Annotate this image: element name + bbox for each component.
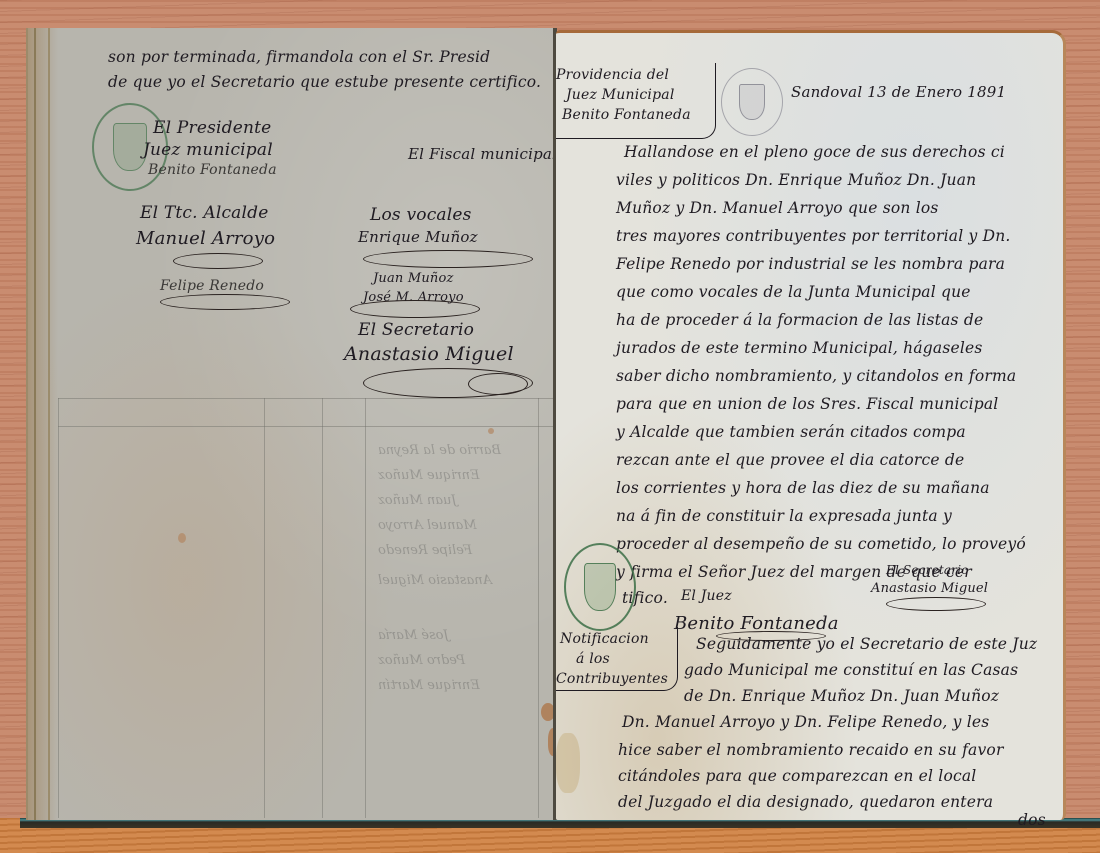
bleed-through-text: Enrique Muñoz (378, 468, 480, 483)
signature-flourish (886, 597, 986, 611)
bleed-through-text: José María (378, 628, 449, 643)
coat-of-arms-icon (739, 84, 765, 120)
body-line: Hallandose en el pleno goce de sus derec… (624, 143, 1005, 161)
bleed-through-text: Barrio de la Reyna (378, 443, 501, 458)
body-line: ha de proceder á la formacion de las lis… (616, 311, 983, 329)
table-rule (58, 398, 553, 399)
body-line: del Juzgado el dia designado, quedaron e… (618, 793, 993, 811)
body-line: Seguidamente yo el Secretario de este Ju… (696, 635, 1037, 653)
margin-bracket (556, 63, 716, 139)
coat-of-arms-icon (584, 563, 615, 610)
right-page: Providencia del Juez Municipal Benito Fo… (556, 30, 1066, 820)
table-rule (538, 398, 539, 818)
margin-bracket (556, 627, 678, 691)
signature-flourish (468, 373, 528, 395)
bleed-through-text: Manuel Arroyo (378, 518, 477, 533)
vocal-signature: Juan Muñoz (373, 271, 454, 286)
closing-line: son por terminada, firmandola con el Sr.… (108, 48, 490, 66)
body-line: para que en union de los Sres. Fiscal mu… (616, 395, 998, 413)
secretario-signature: Anastasio Miguel (344, 343, 514, 365)
signature-flourish (350, 300, 480, 318)
rust-stain (178, 533, 186, 543)
presidente-role: Juez municipal (143, 140, 273, 160)
secretario-title: El Secretario (886, 563, 969, 577)
date-line: Sandoval 13 de Enero 1891 (791, 83, 1006, 101)
bleed-through-text: Anastasio Miguel (378, 573, 492, 588)
coat-of-arms-icon (113, 123, 146, 170)
body-line: saber dicho nombramiento, y citandolos e… (616, 367, 1016, 385)
body-line: citándoles para que comparezcan en el lo… (618, 767, 976, 785)
alcalde-title: El Ttc. Alcalde (140, 203, 269, 223)
table-rule (58, 426, 553, 427)
body-line: viles y politicos Dn. Enrique Muñoz Dn. … (616, 171, 976, 189)
closing-line: de que yo el Secretario que estube prese… (108, 73, 541, 91)
body-line: de Dn. Enrique Muñoz Dn. Juan Muñoz (684, 687, 999, 705)
body-line: y Alcalde que tambien serán citados comp… (616, 423, 966, 441)
body-line: jurados de este termino Municipal, hágas… (616, 339, 983, 357)
signature-flourish (173, 253, 263, 269)
body-line: Felipe Renedo por industrial se les nomb… (616, 255, 1005, 273)
rust-stain (488, 428, 494, 434)
page-fold-line (34, 28, 36, 820)
signature-flourish (160, 294, 290, 310)
municipal-court-stamp (564, 543, 636, 631)
body-line: na á fin de constituir la expresada junt… (616, 507, 952, 525)
paper-stain (556, 733, 580, 793)
alcalde-signature: Manuel Arroyo (136, 228, 275, 249)
table-rule (58, 398, 59, 818)
body-line: hice saber el nombramiento recaido en su… (618, 741, 1004, 759)
signature-flourish (363, 250, 533, 268)
bleed-through-text: Pedro Muñoz (378, 653, 465, 668)
left-page: Barrio de la Reyna Enrique Muñoz Juan Mu… (26, 28, 556, 820)
body-line: tres mayores contribuyentes por territor… (616, 227, 1011, 245)
secretario-signature: Anastasio Miguel (871, 581, 988, 596)
embossed-seal (721, 68, 783, 136)
secretario-title: El Secretario (358, 320, 474, 340)
table-rule (365, 398, 366, 818)
body-line: Dn. Manuel Arroyo y Dn. Felipe Renedo, y… (622, 713, 989, 731)
body-line: proceder al desempeño de su cometido, lo… (616, 535, 1026, 553)
body-line: gado Municipal me constituí en las Casas (684, 661, 1018, 679)
table-rule (264, 398, 265, 818)
body-line: que como vocales de la Junta Municipal q… (616, 283, 971, 301)
bleed-through-text: Juan Muñoz (378, 493, 457, 508)
bleed-through-text: Enrique Martín (378, 678, 480, 693)
juez-title: El Juez (681, 588, 732, 604)
body-line: Muñoz y Dn. Manuel Arroyo que son los (616, 199, 939, 217)
vocales-title: Los vocales (370, 205, 472, 225)
table-rule (322, 398, 323, 818)
body-line: rezcan ante el que provee el dia catorce… (616, 451, 964, 469)
fiscal-title: El Fiscal municipal (408, 145, 557, 163)
vocal-signature: Enrique Muñoz (358, 228, 478, 246)
page-fold-line (48, 28, 50, 820)
renedo-signature: Felipe Renedo (160, 278, 264, 294)
body-line: dos (1018, 811, 1046, 829)
page-edge-stain (28, 28, 58, 820)
body-line: los corrientes y hora de las diez de su … (616, 479, 990, 497)
presidente-title: El Presidente (153, 118, 271, 138)
bleed-through-text: Felipe Renedo (378, 543, 472, 558)
presidente-signature: Benito Fontaneda (148, 162, 277, 178)
